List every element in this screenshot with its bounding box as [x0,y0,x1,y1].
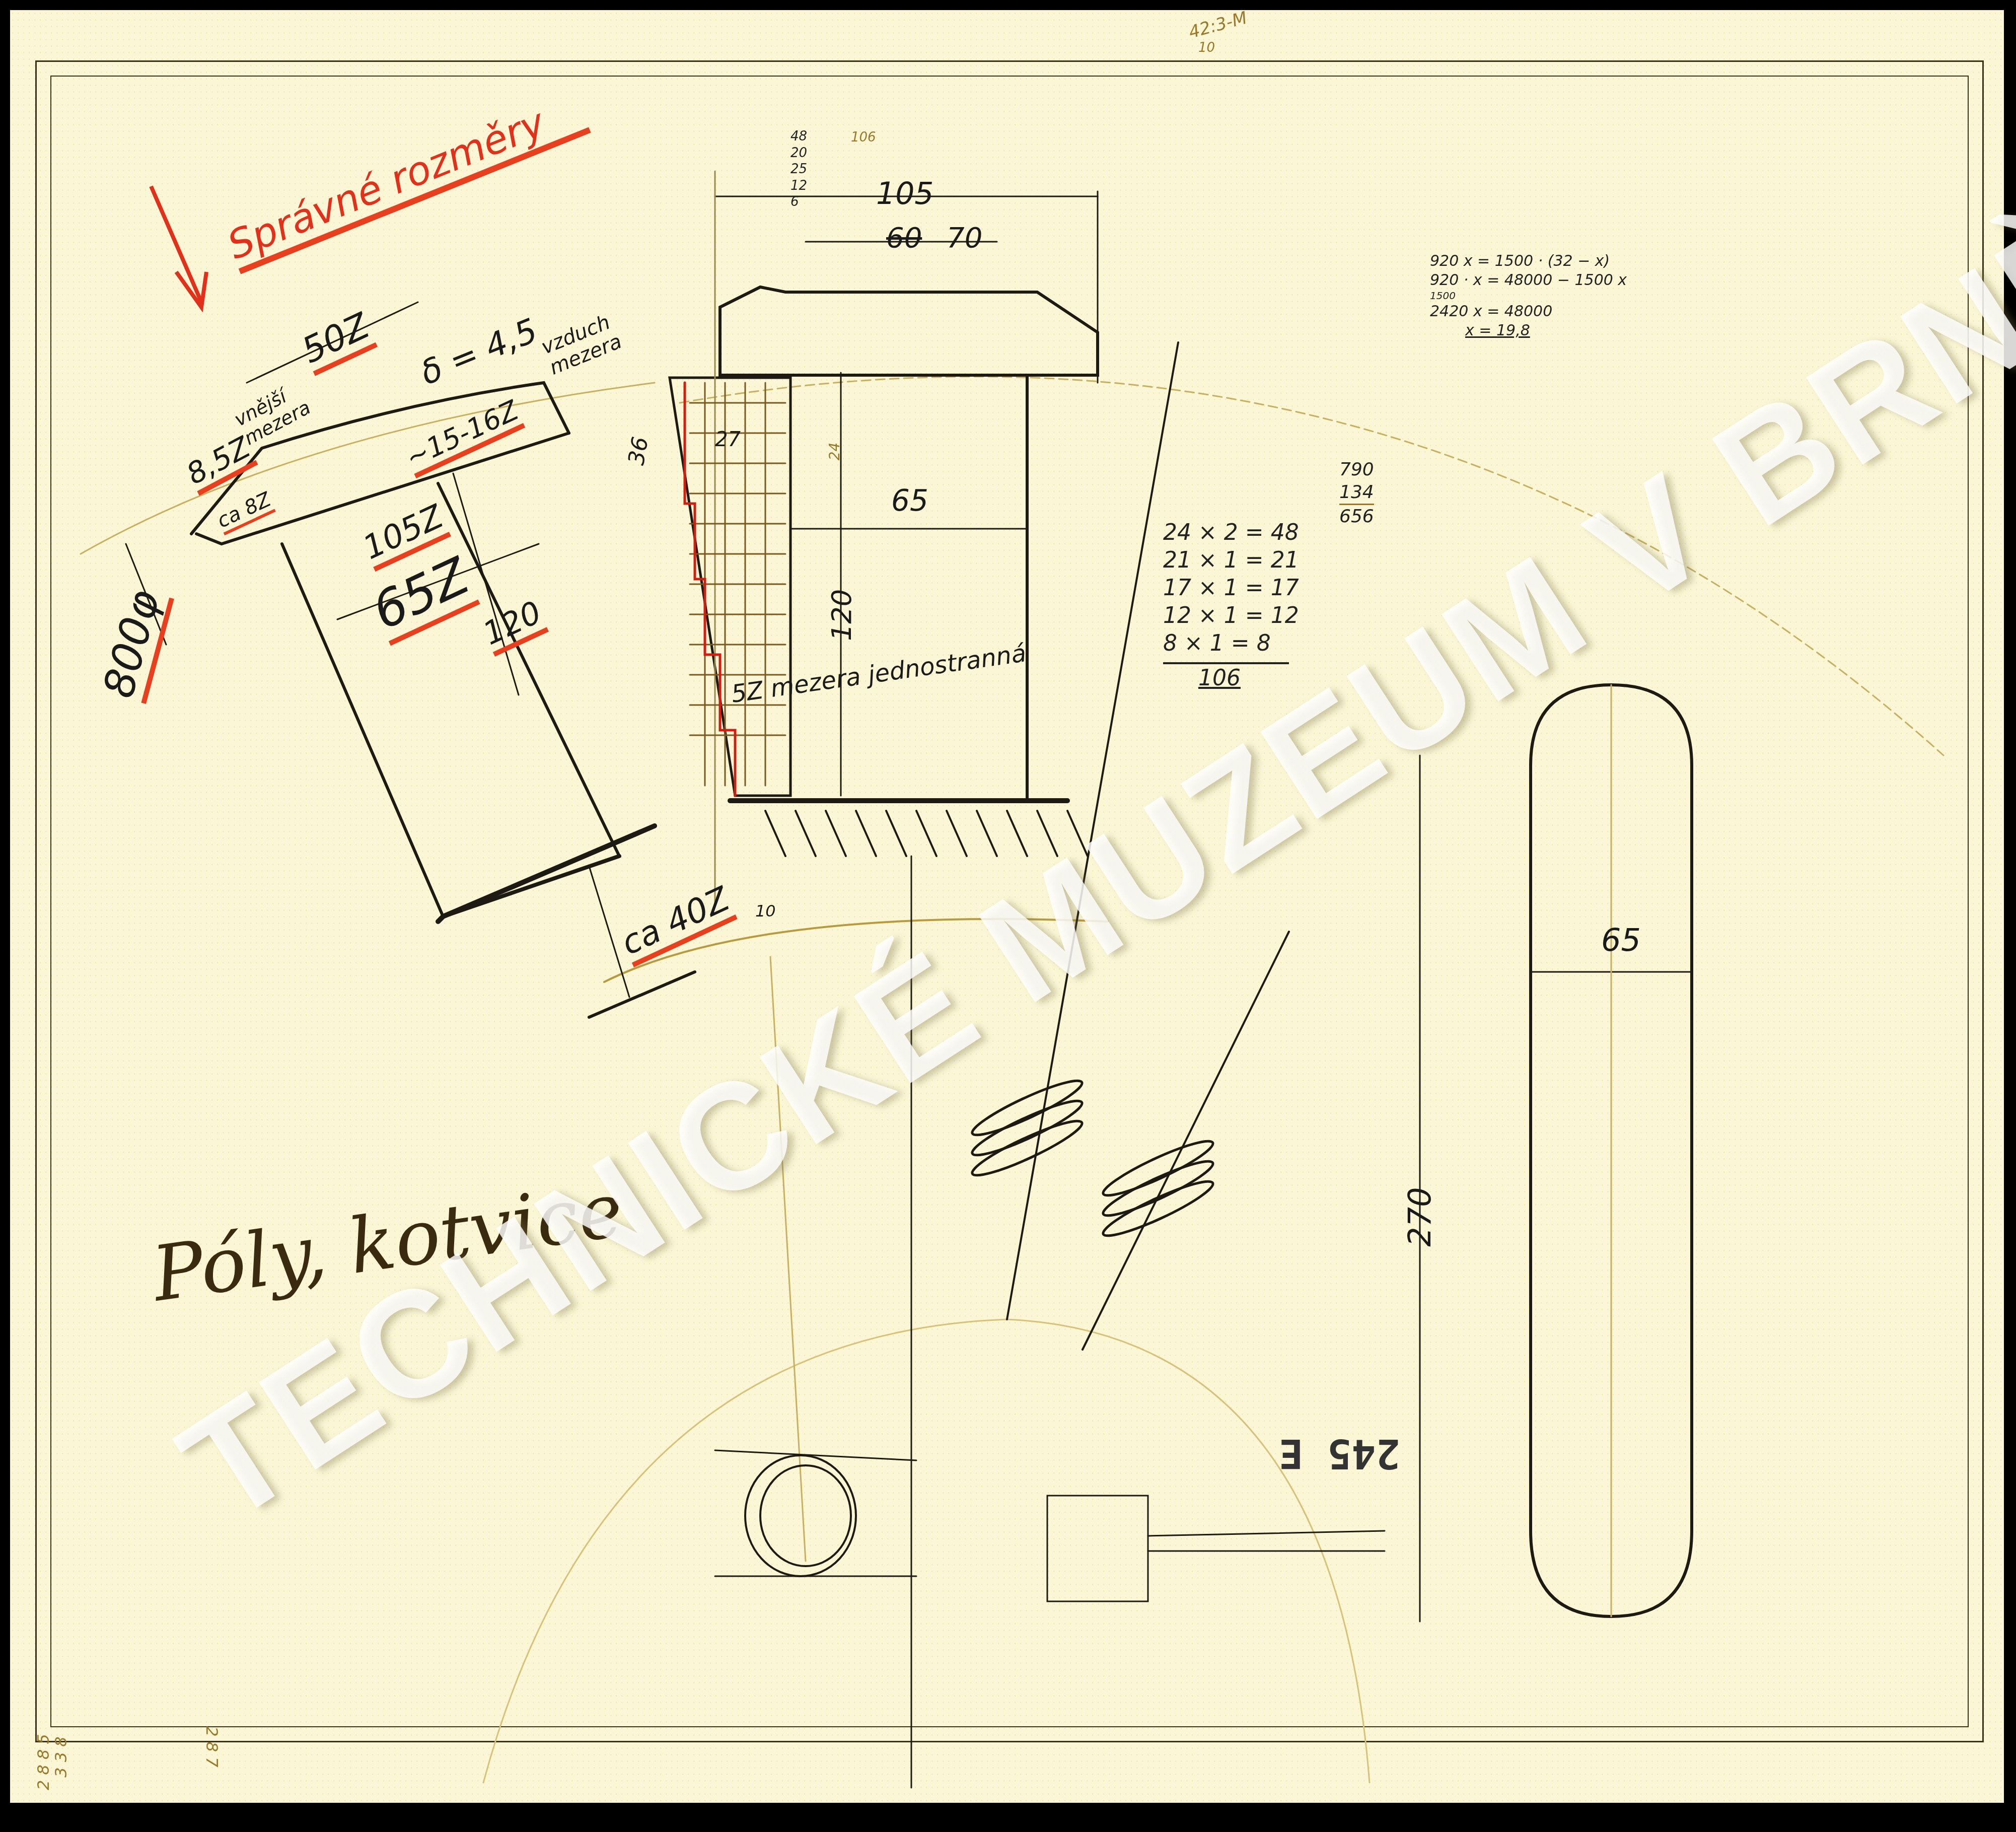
dim-105: 105 [876,176,934,212]
top-margin-note-2: 10 [1198,40,1215,55]
bottom-left-note-1: 2 8 8 5 [34,1734,53,1790]
winding-calculation: 24 × 2 = 48 21 × 1 = 21 17 × 1 = 17 12 ×… [1163,519,1299,692]
archive-stamp: 245 E [1279,1430,1400,1477]
pencil-value: 48 [790,128,807,145]
equation-result: x = 19,8 [1430,321,1627,340]
dim-27: 27 [715,428,741,451]
equation-line: 920 x = 1500 · (32 − x) [1430,252,1627,271]
slot-height-270: 270 [1401,1187,1438,1246]
pencil-value: 6 [790,194,807,210]
dim-36: 36 [623,435,654,467]
bottom-left-note-2: 3 3 8 [51,1736,70,1777]
slot-width-65: 65 [1601,922,1641,958]
calc-row: 12 × 1 = 12 [1163,602,1299,629]
pencil-value: 12 [790,178,807,194]
calc-row: 21 × 1 = 21 [1163,546,1299,574]
pencil-total: 656 [1339,504,1374,528]
pencil-sum-106: 106 [851,130,876,145]
dim-10: 10 [755,901,776,921]
pencil-value: 134 [1339,481,1374,504]
dim-70: 70 [947,222,982,254]
equation-line: 1500 [1430,290,1627,302]
pencil-column-sum: 48 20 25 12 6 [790,128,807,210]
red-arrow-icon [141,181,222,322]
dim-65: 65 [891,483,928,518]
calc-row: 24 × 2 = 48 [1163,519,1299,546]
pencil-value: 790 [1339,458,1374,481]
dim-120-vertical: 120 [826,589,857,641]
dim-24: 24 [826,443,843,461]
bottom-margin-note: 2 8 7 [202,1726,222,1767]
pencil-sum-right: 790 134 656 [1339,458,1374,528]
equation-line: 920 · x = 48000 − 1500 x [1430,271,1627,290]
calc-row: 17 × 1 = 17 [1163,574,1299,602]
pencil-value: 20 [790,145,807,162]
equation-block: 920 x = 1500 · (32 − x) 920 · x = 48000 … [1430,252,1627,340]
pencil-value: 25 [790,161,807,178]
equation-line: 2420 x = 48000 [1430,302,1627,321]
dim-60-crossed: 60 [886,222,922,254]
calc-row: 8 × 1 = 8 [1163,629,1299,657]
